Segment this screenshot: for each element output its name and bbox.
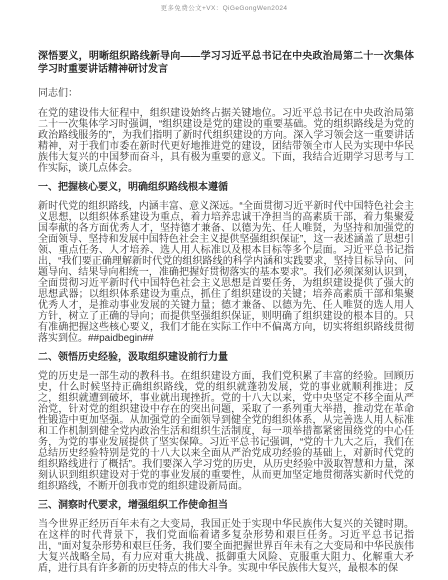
section-1-body: 新时代党的组织路线，内涵丰富、意义深远。“全面贯彻习近平新时代中国特色社会主义思… bbox=[38, 201, 414, 344]
section-3-heading: 三、洞察时代要求，增强组织工作使命担当 bbox=[38, 500, 414, 511]
document-content: 深悟要义，明晰组织路线新导向——学习习近平总书记在中央政治局第二十一次集体学习时… bbox=[38, 50, 414, 580]
section-2-body: 党的历史是一部生动的教科书。在组织建设方面，我们党积累了丰富的经验。回顾历史，什… bbox=[38, 371, 414, 492]
document-title: 深悟要义，明晰组织路线新导向——学习习近平总书记在中央政治局第二十一次集体学习时… bbox=[38, 50, 414, 76]
salutation: 同志们： bbox=[38, 88, 414, 99]
document-page: 更多免费公文+VX：QiGeGongWen2024 深悟要义，明晰组织路线新导向… bbox=[0, 0, 448, 580]
watermark-text: 更多免费公文+VX：QiGeGongWen2024 bbox=[0, 3, 448, 12]
section-1-heading: 一、把握核心要义，明确组织路线根本遵循 bbox=[38, 182, 414, 193]
section-3-body: 当今世界正经历百年未有之大变局，我国正处于实现中华民族伟大复兴的关键时期。在这样… bbox=[38, 519, 414, 574]
intro-paragraph: 在党的建设伟大征程中，组织建设始终占据关键地位。习近平总书记在中央政治局第二十一… bbox=[38, 108, 414, 174]
section-2-heading: 二、领悟历史经验，汲取组织建设前行力量 bbox=[38, 352, 414, 363]
